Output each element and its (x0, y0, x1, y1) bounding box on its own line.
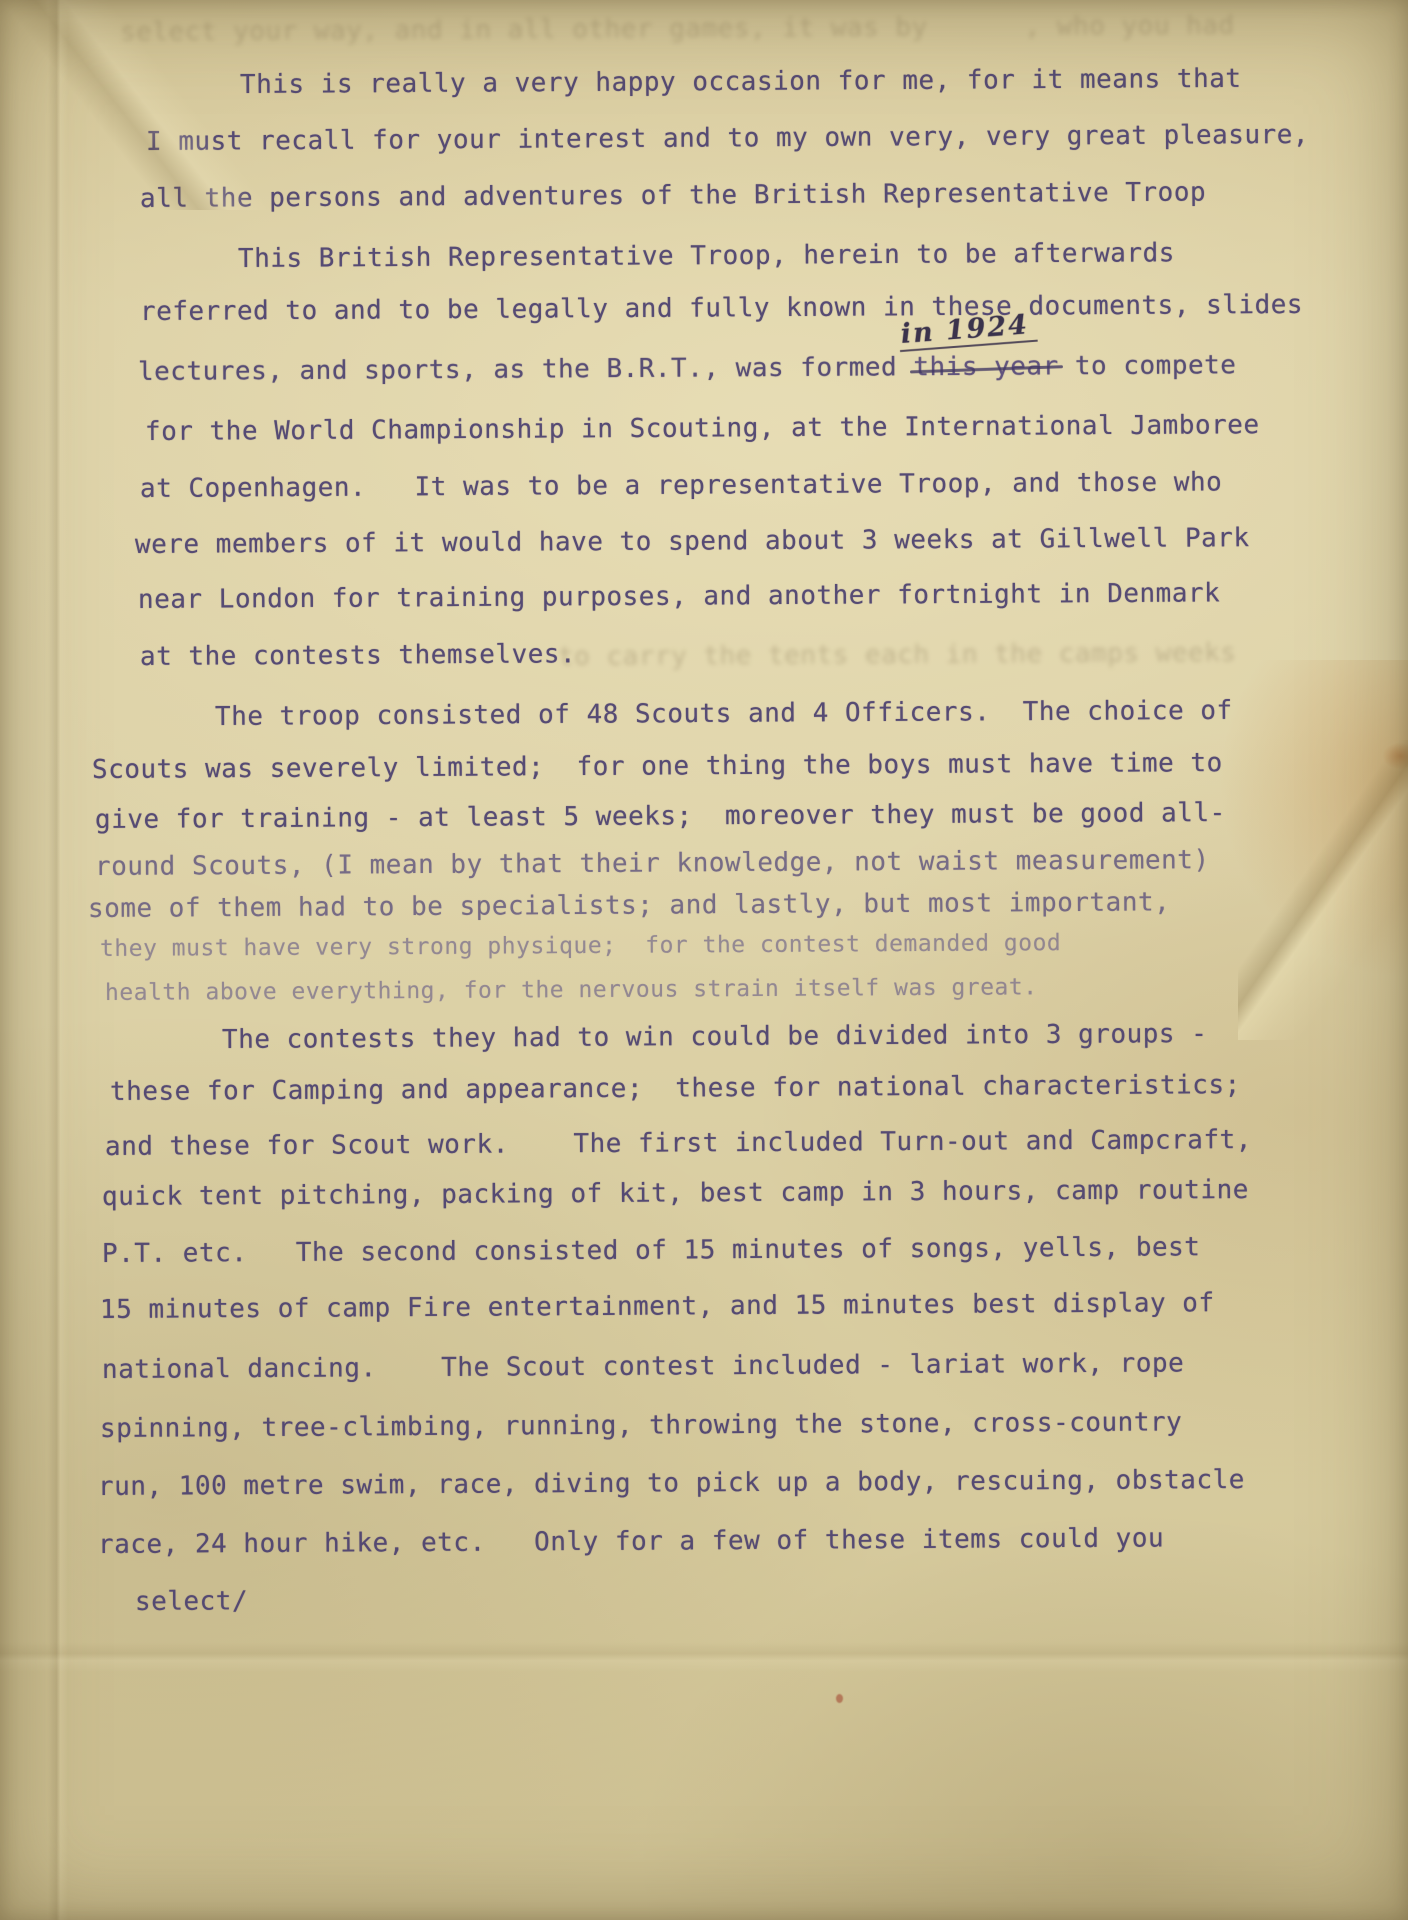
typed-line: all the persons and adventures of the Br… (140, 178, 1206, 214)
typed-line: near London for training purposes, and a… (138, 579, 1220, 616)
typed-line: round Scouts, (I mean by that their know… (95, 846, 1210, 883)
typed-text: lectures, and sports, as the B.R.T., was… (138, 352, 914, 387)
typed-line: race, 24 hour hike, etc. Only for a few … (98, 1524, 1164, 1560)
typed-line: select/ (135, 1587, 248, 1618)
typed-line: Scouts was severely limited; for one thi… (92, 749, 1223, 786)
typed-line: at Copenhagen. It was to be a representa… (140, 468, 1222, 505)
typed-line: quick tent pitching, packing of kit, bes… (102, 1176, 1249, 1213)
typed-line: at the contests themselves. (140, 640, 576, 673)
fold-crease-bottom (0, 1642, 1408, 1672)
typed-line: I must recall for your interest and to m… (146, 121, 1309, 158)
typed-line: The contests they had to win could be di… (222, 1020, 1208, 1056)
typed-line: referred to and to be legally and fully … (140, 291, 1303, 328)
typed-line: 15 minutes of camp Fire entertainment, a… (100, 1289, 1215, 1326)
typed-line: P.T. etc. The second consisted of 15 min… (102, 1233, 1201, 1270)
typed-line: were members of it would have to spend a… (135, 524, 1250, 561)
typed-line: health above everything, for the nervous… (105, 974, 1038, 1006)
typed-line: give for training - at least 5 weeks; mo… (95, 799, 1226, 836)
typed-line: and these for Scout work. The first incl… (105, 1126, 1252, 1163)
typed-line: these for Camping and appearance; these … (110, 1071, 1241, 1108)
document-page: select your way, and in all other games,… (0, 0, 1408, 1920)
typed-line: national dancing. The Scout contest incl… (102, 1349, 1184, 1386)
handwritten-annotation: in 1924 (898, 311, 1038, 352)
typed-line: spinning, tree-climbing, running, throwi… (100, 1408, 1182, 1445)
typed-line: The troop consisted of 48 Scouts and 4 O… (215, 697, 1233, 733)
bleedthrough-text-top: select your way, and in all other games,… (120, 11, 1235, 48)
typed-line: for the World Championship in Scouting, … (145, 411, 1260, 448)
fold-crease-left (48, 0, 68, 1920)
ink-speck (836, 1694, 843, 1703)
typed-line: they must have very strong physique; for… (100, 930, 1061, 962)
typed-line: This is really a very happy occasion for… (240, 65, 1242, 101)
fold-crease-right (1238, 740, 1408, 1040)
typed-line: run, 100 metre swim, race, diving to pic… (98, 1466, 1245, 1503)
typed-text: to compete (1059, 350, 1237, 381)
bleedthrough-text-mid: to carry the tents each in the camps wee… (558, 638, 1237, 672)
typed-line: This British Representative Troop, herei… (238, 239, 1175, 275)
typed-line: some of them had to be specialists; and … (88, 888, 1170, 925)
typed-line: lectures, and sports, as the B.R.T., was… (138, 351, 1237, 388)
paper-stain-right (1218, 660, 1408, 980)
struck-text: this yearin 1924 (913, 351, 1059, 382)
